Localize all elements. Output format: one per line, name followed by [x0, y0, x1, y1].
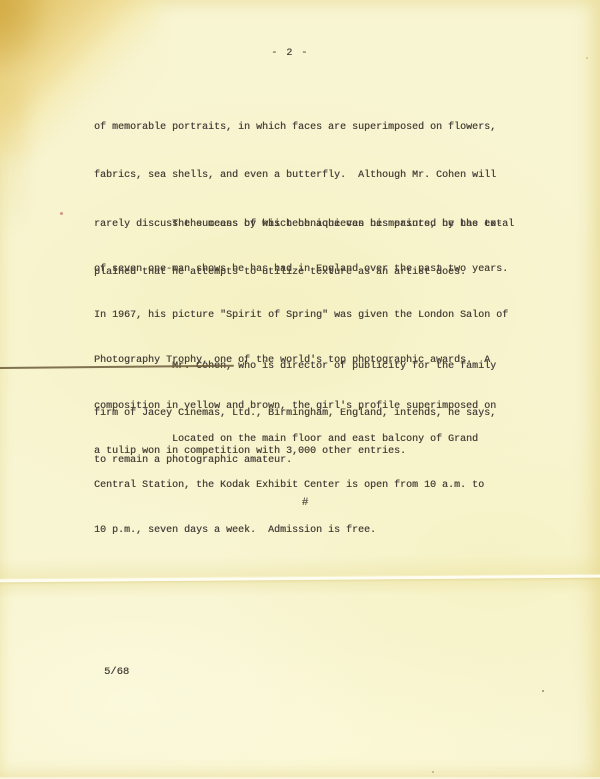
typed-line: of memorable portraits, in which faces a… [94, 115, 554, 141]
paper-corner-stain-core [0, 0, 48, 70]
paper-crease-shadow-lower [0, 578, 600, 599]
typed-line: 10 p.m., seven days a week. Admission is… [94, 519, 554, 543]
typed-line: fabrics, sea shells, and even a butterfl… [94, 163, 554, 189]
paragraph-4: Located on the main floor and east balco… [94, 406, 554, 565]
paper-speck [586, 57, 588, 59]
end-of-release-mark: # [0, 497, 600, 509]
page-number: - 2 - [0, 48, 600, 59]
paper-speck [60, 212, 63, 215]
typed-line: The success of his technique can be meas… [94, 213, 554, 236]
paper-speck [432, 771, 434, 773]
typed-line: Located on the main floor and east balco… [94, 428, 554, 452]
paper-edge-discoloration [0, 85, 26, 265]
paper-speck [542, 690, 544, 692]
scanned-document-page: - 2 - of memorable portraits, in which f… [0, 0, 600, 779]
typed-line: In 1967, his picture "Spirit of Spring" … [94, 304, 554, 327]
typed-line: Central Station, the Kodak Exhibit Cente… [94, 474, 554, 498]
typed-line: of seven one-man shows he has had in Eng… [94, 258, 554, 281]
date-code: 5/68 [104, 666, 129, 678]
